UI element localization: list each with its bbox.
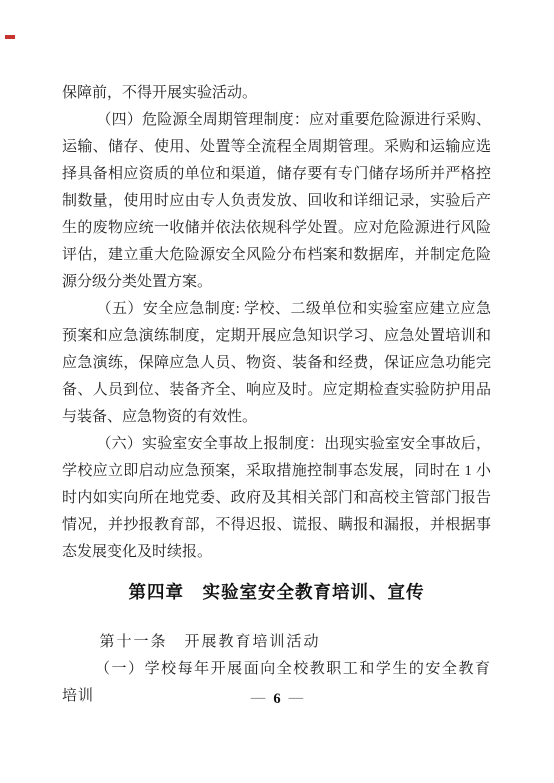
paragraph: （六）实验室安全事故上报制度：出现实验室安全事故后，学校应立即启动应急预案，采取… bbox=[62, 431, 491, 566]
paragraph: （四）危险源全周期管理制度：应对重要危险源进行采购、运输、储存、使用、处置等全流… bbox=[62, 107, 491, 296]
page-number: 6 bbox=[273, 688, 280, 710]
footer-dash-left: — bbox=[251, 690, 266, 706]
footer-dash-right: — bbox=[289, 690, 304, 706]
red-scan-mark bbox=[5, 35, 15, 39]
paragraph: （五）安全应急制度: 学校、二级单位和实验室应建立应急预案和应急演练制度，定期开… bbox=[62, 296, 491, 431]
document-body: 保障前，不得开展实验活动。 （四）危险源全周期管理制度：应对重要危险源进行采购、… bbox=[62, 80, 491, 710]
document-page: 保障前，不得开展实验活动。 （四）危险源全周期管理制度：应对重要危险源进行采购、… bbox=[0, 0, 554, 783]
article-heading: 第十一条 开展教育培训活动 bbox=[62, 629, 491, 656]
chapter-heading: 第四章 实验室安全教育培训、宣传 bbox=[62, 579, 491, 606]
page-footer: —6— bbox=[0, 688, 554, 710]
paragraph-continuation: 保障前，不得开展实验活动。 bbox=[62, 80, 491, 107]
paragraph-list: （四）危险源全周期管理制度：应对重要危险源进行采购、运输、储存、使用、处置等全流… bbox=[62, 107, 491, 566]
